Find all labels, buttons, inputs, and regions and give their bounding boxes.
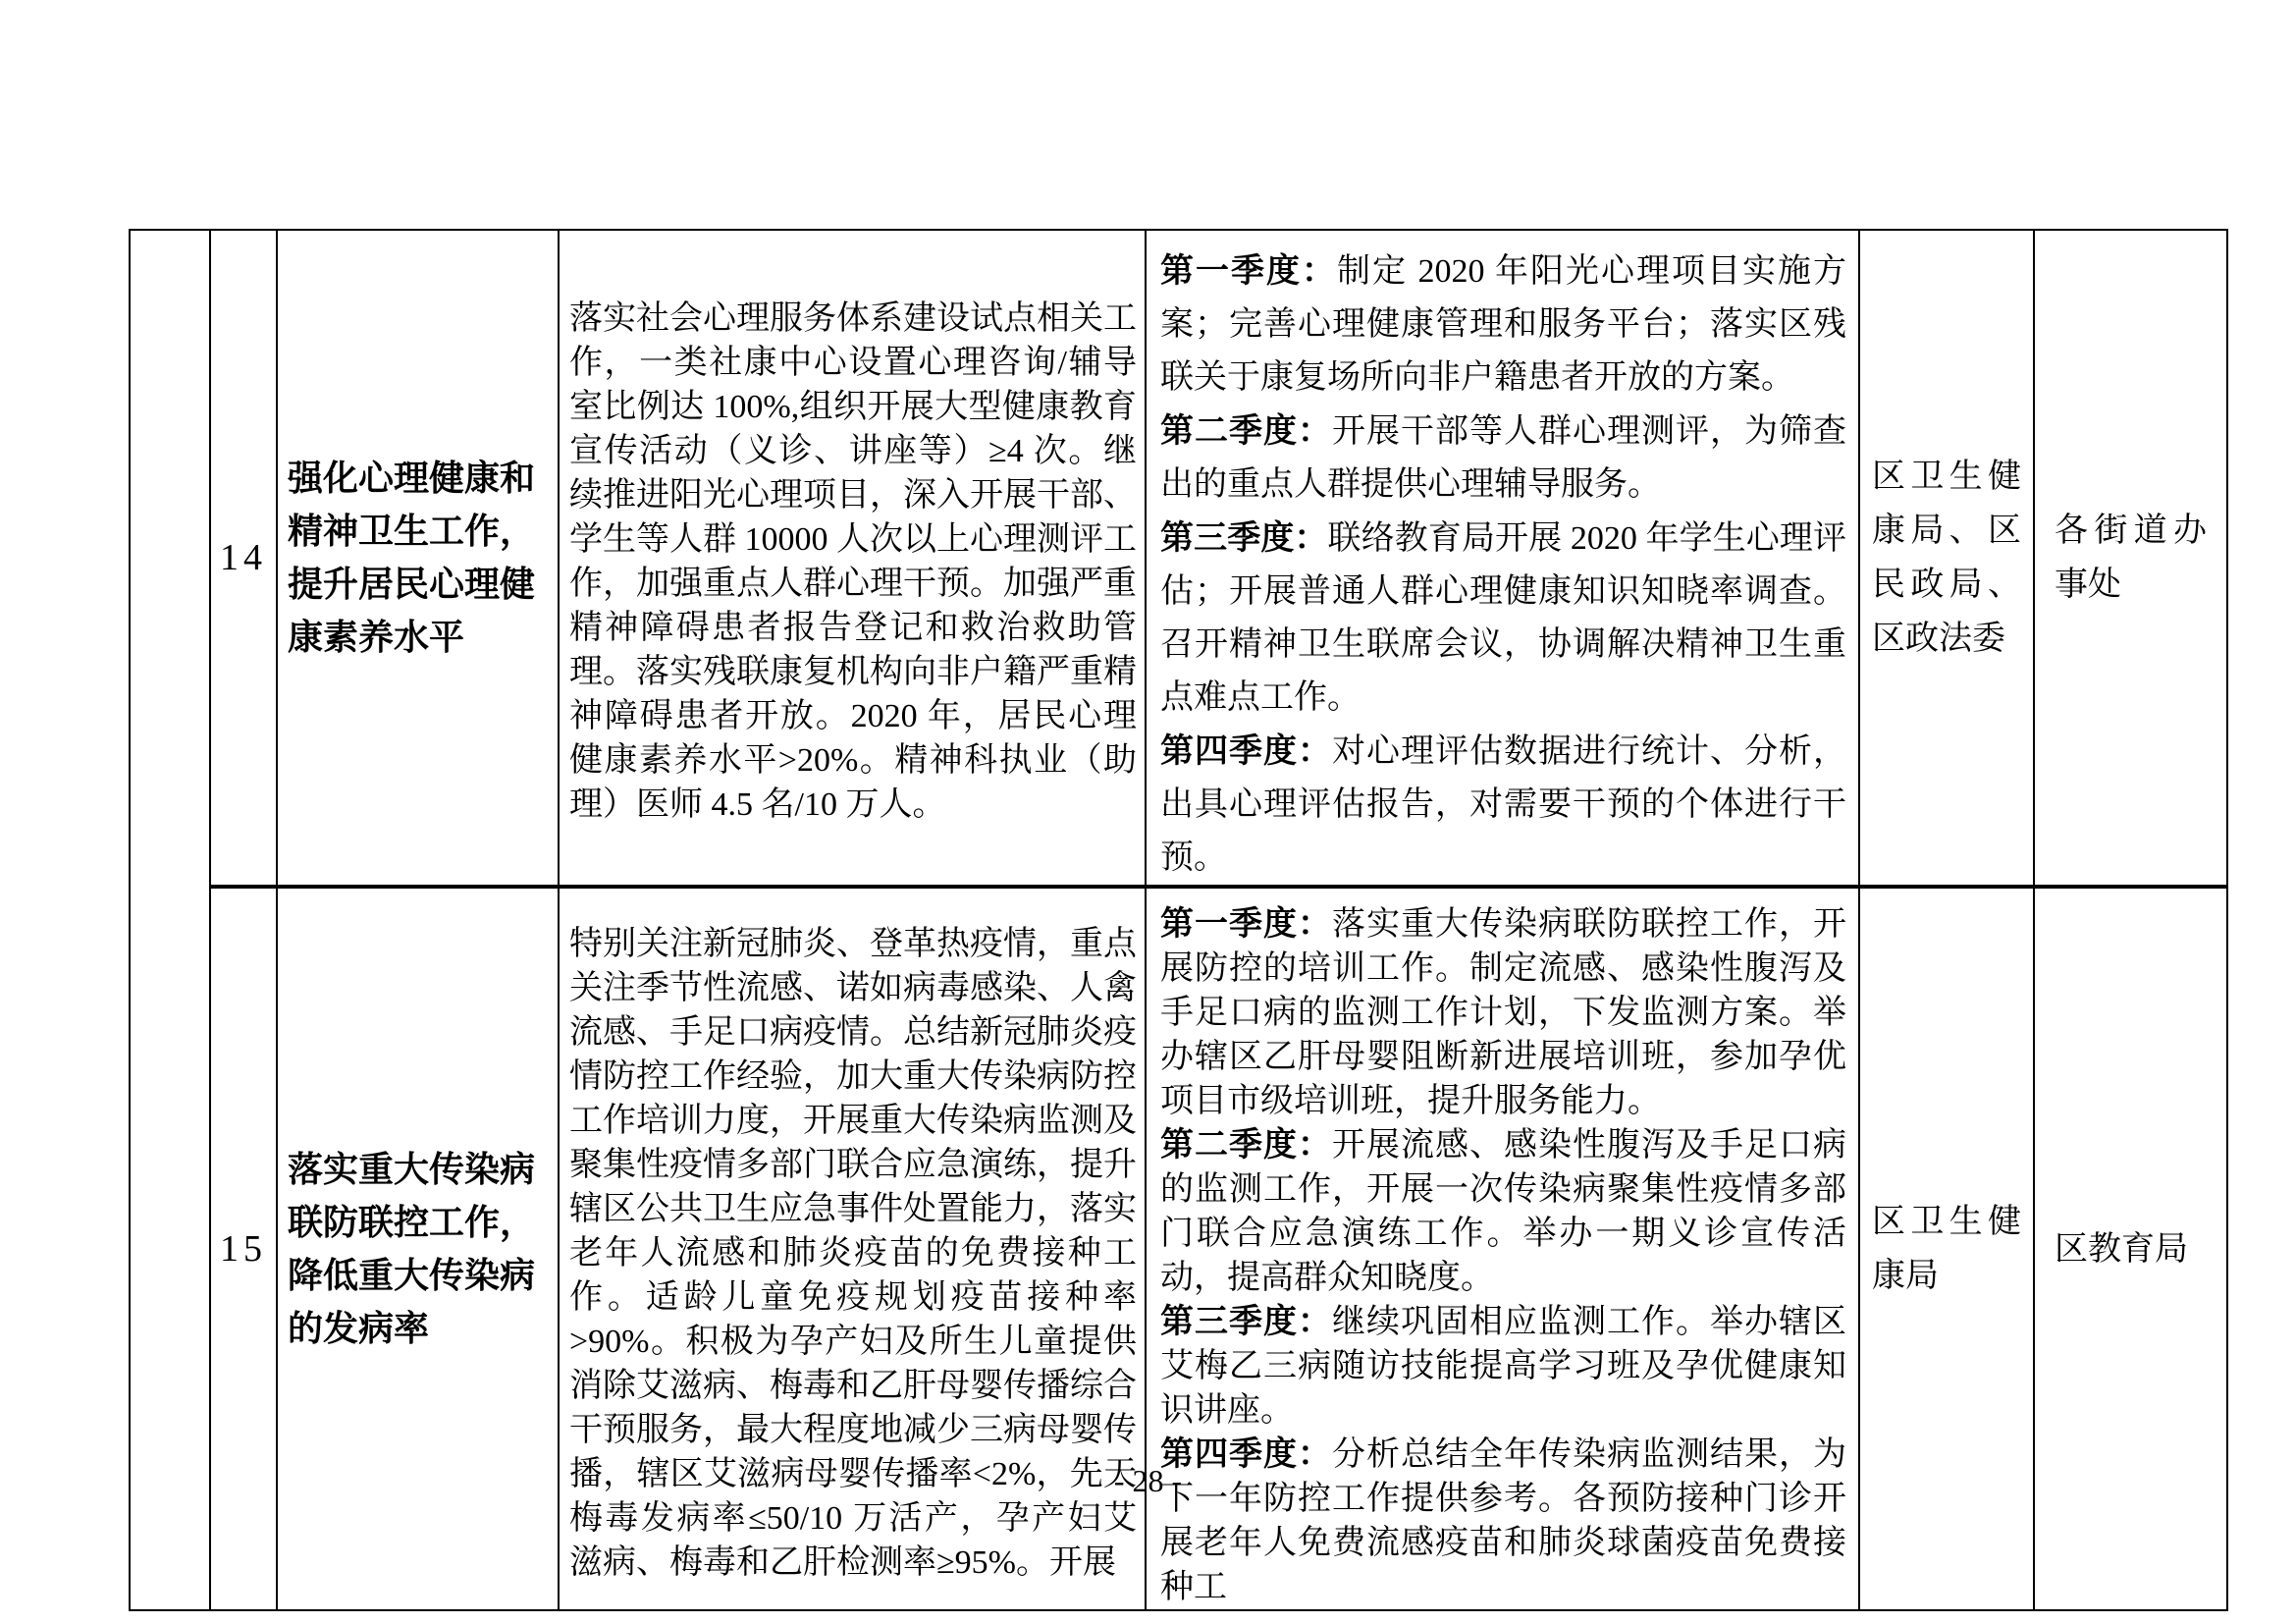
work-plan-table: 14 强化心理健康和精神卫生工作，提升居民心理健康素养水平 落实社会心理服务体系… [129,229,2228,1611]
quarter-item: 第一季度：制定 2020 年阳光心理项目实施方案；完善心理健康管理和服务平台；落… [1160,244,1846,405]
quarter-label: 第四季度： [1160,732,1332,770]
quarter-item: 第二季度：开展干部等人群心理测评，为筛查出的重点人群提供心理辅导服务。 [1160,405,1846,512]
quarter-item: 第一季度：落实重大传染病联防联控工作，开展防控的培训工作。制定流感、感染性腹泻及… [1160,902,1846,1123]
quarter-label: 第一季度： [1160,252,1337,290]
quarter-label: 第二季度： [1160,1126,1332,1164]
quarter-label: 第三季度： [1160,519,1328,557]
document-page: 14 强化心理健康和精神卫生工作，提升居民心理健康素养水平 落实社会心理服务体系… [0,0,2296,1624]
quarter-item: 第二季度：开展流感、感染性腹泻及手足口病的监测工作，开展一次传染病聚集性疫情多部… [1160,1123,1846,1300]
cooperating-department: 各街道办事处 [2035,504,2226,612]
quarter-label: 第二季度： [1160,412,1332,450]
row-number: 14 [220,537,267,578]
table-row: 14 强化心理健康和精神卫生工作，提升居民心理健康素养水平 落实社会心理服务体系… [130,230,2227,887]
merged-empty-cell [130,230,210,1610]
quarter-item: 第四季度：分析总结全年传染病监测结果，为下一年防控工作提供参考。各预防接种门诊开… [1160,1433,1846,1609]
task-name: 落实重大传染病联防联控工作，降低重大传染病的发病率 [278,1135,558,1363]
lead-department-cell: 区卫生健康局 [1859,887,2034,1610]
task-name-cell: 强化心理健康和精神卫生工作，提升居民心理健康素养水平 [277,230,559,887]
table-row: 15 落实重大传染病联防联控工作，降低重大传染病的发病率 特别关注新冠肺炎、登革… [130,887,2227,1610]
cooperating-department: 区教育局 [2035,1222,2226,1276]
task-name-cell: 落实重大传染病联防联控工作，降低重大传染病的发病率 [277,887,559,1610]
row-number-cell: 14 [210,230,277,887]
quarter-item: 第三季度：联络教育局开展 2020 年学生心理评估；开展普通人群心理健康知识知晓… [1160,512,1846,725]
task-name: 强化心理健康和精神卫生工作，提升居民心理健康素养水平 [278,444,558,672]
page-number: - 28 - [0,1463,2296,1499]
quarter-label: 第一季度： [1160,905,1332,943]
quarterly-plan-cell: 第一季度：制定 2020 年阳光心理项目实施方案；完善心理健康管理和服务平台；落… [1146,230,1859,887]
quarterly-plan-cell: 第一季度：落实重大传染病联防联控工作，开展防控的培训工作。制定流感、感染性腹泻及… [1146,887,1859,1610]
lead-department-cell: 区卫生健康局、区民政局、区政法委 [1859,230,2034,887]
quarter-item: 第四季度：对心理评估数据进行统计、分析，出具心理评估报告，对需要干预的个体进行干… [1160,725,1846,885]
row-number: 15 [220,1228,267,1270]
cooperating-department-cell: 区教育局 [2034,887,2227,1610]
lead-department: 区卫生健康局、区民政局、区政法委 [1860,450,2033,666]
quarter-label: 第三季度： [1160,1303,1332,1340]
lead-department: 区卫生健康局 [1860,1195,2033,1303]
row-number-cell: 15 [210,887,277,1610]
quarter-item: 第三季度：继续巩固相应监测工作。举办辖区艾梅乙三病随访技能提高学习班及孕优健康知… [1160,1300,1846,1433]
work-measures-text: 落实社会心理服务体系建设试点相关工作，一类社康中心设置心理咨询/辅导室比例达 1… [560,289,1145,827]
work-measures-cell: 落实社会心理服务体系建设试点相关工作，一类社康中心设置心理咨询/辅导室比例达 1… [559,230,1146,887]
work-measures-cell: 特别关注新冠肺炎、登革热疫情，重点关注季节性流感、诺如病毒感染、人禽流感、手足口… [559,887,1146,1610]
cooperating-department-cell: 各街道办事处 [2034,230,2227,887]
